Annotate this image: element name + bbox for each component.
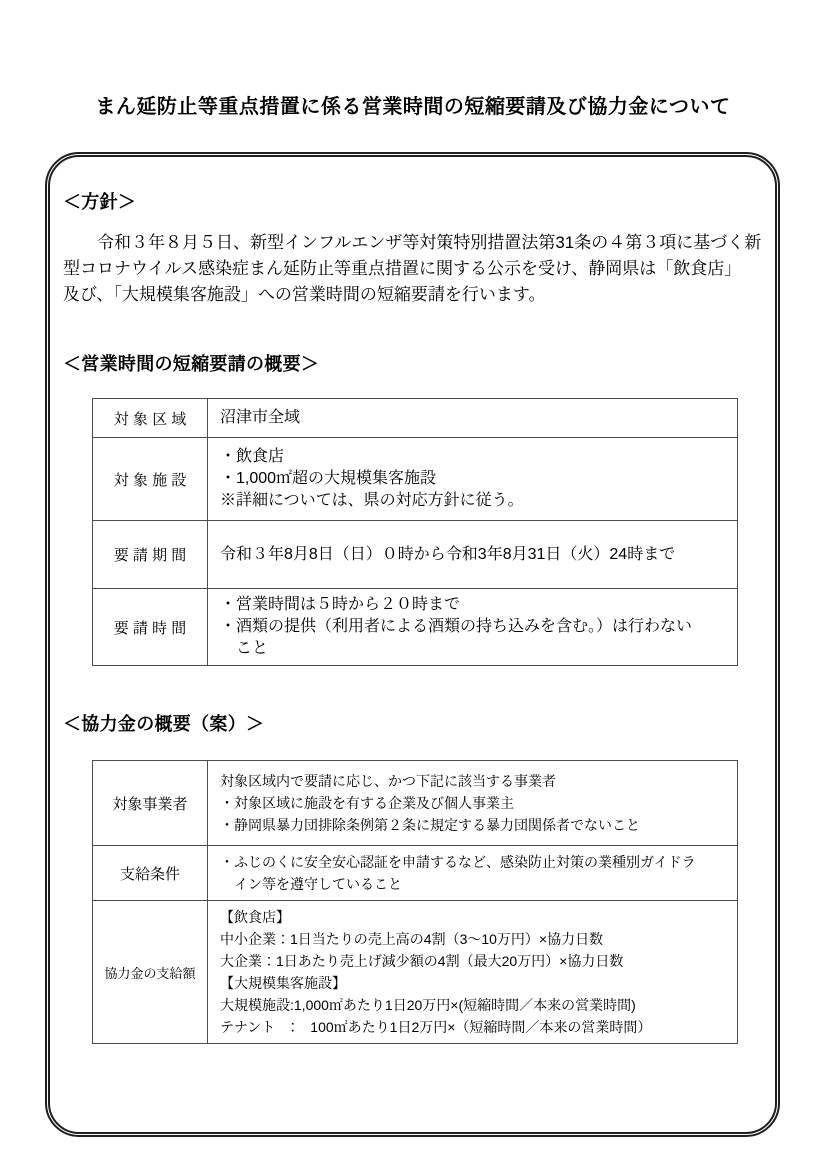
cell-line: テナント ： 100㎡あたり1日2万円×（短縮時間／本来の営業時間） (220, 1016, 725, 1038)
table-row-target-area: 対 象 区 域 沼津市全域 (93, 399, 738, 438)
row-label: 対 象 施 設 (93, 438, 208, 521)
cell-line: ・酒類の提供（利用者による酒類の持ち込みを含む。）は行わない (220, 616, 725, 638)
policy-paragraph-line: 型コロナウイルス感染症まん延防止等重点措置に関する公示を受け、静岡県は「飲食店」 (63, 256, 771, 282)
row-value: 沼津市全域 (208, 399, 738, 438)
row-label: 要 請 時 間 (93, 589, 208, 666)
section-heading-policy: ＜方針＞ (63, 188, 136, 214)
cell-line: ・静岡県暴力団排除条例第２条に規定する暴力団関係者でないこと (220, 814, 725, 836)
cell-line: 【大規模集客施設】 (220, 972, 725, 994)
cell-line: イン等を遵守していること (220, 873, 725, 895)
policy-paragraph-line: 令和３年８月５日、新型インフルエンザ等対策特別措置法第31条の４第３項に基づく新 (63, 230, 771, 256)
section-heading-shortening-overview: ＜営業時間の短縮要請の概要＞ (63, 350, 319, 376)
cell-line: ・飲食店 (220, 446, 725, 468)
page-title: まん延防止等重点措置に係る営業時間の短縮要請及び協力金について (0, 90, 826, 119)
row-value: 【飲食店】 中小企業：1日当たりの売上高の4割（3～10万円）×協力日数 大企業… (208, 901, 738, 1044)
table-row-request-period: 要 請 期 間 令和３年8月8日（日）０時から令和3年8月31日（火）24時まで (93, 521, 738, 589)
shortening-request-table: 対 象 区 域 沼津市全域 対 象 施 設 ・飲食店 ・1,000㎡超の大規模集… (92, 398, 738, 666)
row-label: 対 象 区 域 (93, 399, 208, 438)
row-label: 対象事業者 (93, 761, 208, 846)
row-label: 要 請 期 間 (93, 521, 208, 589)
row-value: ・飲食店 ・1,000㎡超の大規模集客施設 ※詳細については、県の対応方針に従う… (208, 438, 738, 521)
cell-line: 中小企業：1日当たりの売上高の4割（3～10万円）×協力日数 (220, 928, 725, 950)
table-row-payment-conditions: 支給条件 ・ふじのくに安全安心認証を申請するなど、感染防止対策の業種別ガイドラ … (93, 846, 738, 901)
cell-line: ・対象区域に施設を有する企業及び個人事業主 (220, 792, 725, 814)
row-label: 協力金の支給額 (93, 901, 208, 1044)
policy-paragraph: 令和３年８月５日、新型インフルエンザ等対策特別措置法第31条の４第３項に基づく新… (63, 230, 771, 308)
cell-line: ・1,000㎡超の大規模集客施設 (220, 468, 725, 490)
row-value: 令和３年8月8日（日）０時から令和3年8月31日（火）24時まで (208, 521, 738, 589)
section-heading-cooperation-money: ＜協力金の概要（案）＞ (63, 710, 264, 736)
cell-line: 【飲食店】 (220, 906, 725, 928)
cell-line: 令和３年8月8日（日）０時から令和3年8月31日（火）24時まで (220, 544, 725, 566)
cell-line: ・営業時間は５時から２０時まで (220, 594, 725, 616)
table-row-payment-amount: 協力金の支給額 【飲食店】 中小企業：1日当たりの売上高の4割（3～10万円）×… (93, 901, 738, 1044)
cell-line: 対象区域内で要請に応じ、かつ下記に該当する事業者 (220, 770, 725, 792)
table-row-target-facilities: 対 象 施 設 ・飲食店 ・1,000㎡超の大規模集客施設 ※詳細については、県… (93, 438, 738, 521)
document-page: まん延防止等重点措置に係る営業時間の短縮要請及び協力金について ＜方針＞ 令和３… (0, 0, 826, 1169)
row-value: ・営業時間は５時から２０時まで ・酒類の提供（利用者による酒類の持ち込みを含む。… (208, 589, 738, 666)
cell-line: こと (220, 638, 725, 660)
policy-paragraph-line: 及び、「大規模集客施設」への営業時間の短縮要請を行います。 (63, 282, 771, 308)
cell-line: 大企業：1日あたり売上げ減少額の4割（最大20万円）×協力日数 (220, 950, 725, 972)
cell-line: 大規模施設:1,000㎡あたり1日20万円×(短縮時間／本来の営業時間) (220, 994, 725, 1016)
table-row-request-hours: 要 請 時 間 ・営業時間は５時から２０時まで ・酒類の提供（利用者による酒類の… (93, 589, 738, 666)
row-value: 対象区域内で要請に応じ、かつ下記に該当する事業者 ・対象区域に施設を有する企業及… (208, 761, 738, 846)
table-row-eligible-businesses: 対象事業者 対象区域内で要請に応じ、かつ下記に該当する事業者 ・対象区域に施設を… (93, 761, 738, 846)
cell-line: ※詳細については、県の対応方針に従う。 (220, 490, 725, 512)
row-label: 支給条件 (93, 846, 208, 901)
cell-line: 沼津市全域 (220, 407, 725, 429)
cell-line: ・ふじのくに安全安心認証を申請するなど、感染防止対策の業種別ガイドラ (220, 851, 725, 873)
row-value: ・ふじのくに安全安心認証を申請するなど、感染防止対策の業種別ガイドラ イン等を遵… (208, 846, 738, 901)
cooperation-money-table: 対象事業者 対象区域内で要請に応じ、かつ下記に該当する事業者 ・対象区域に施設を… (92, 760, 738, 1044)
